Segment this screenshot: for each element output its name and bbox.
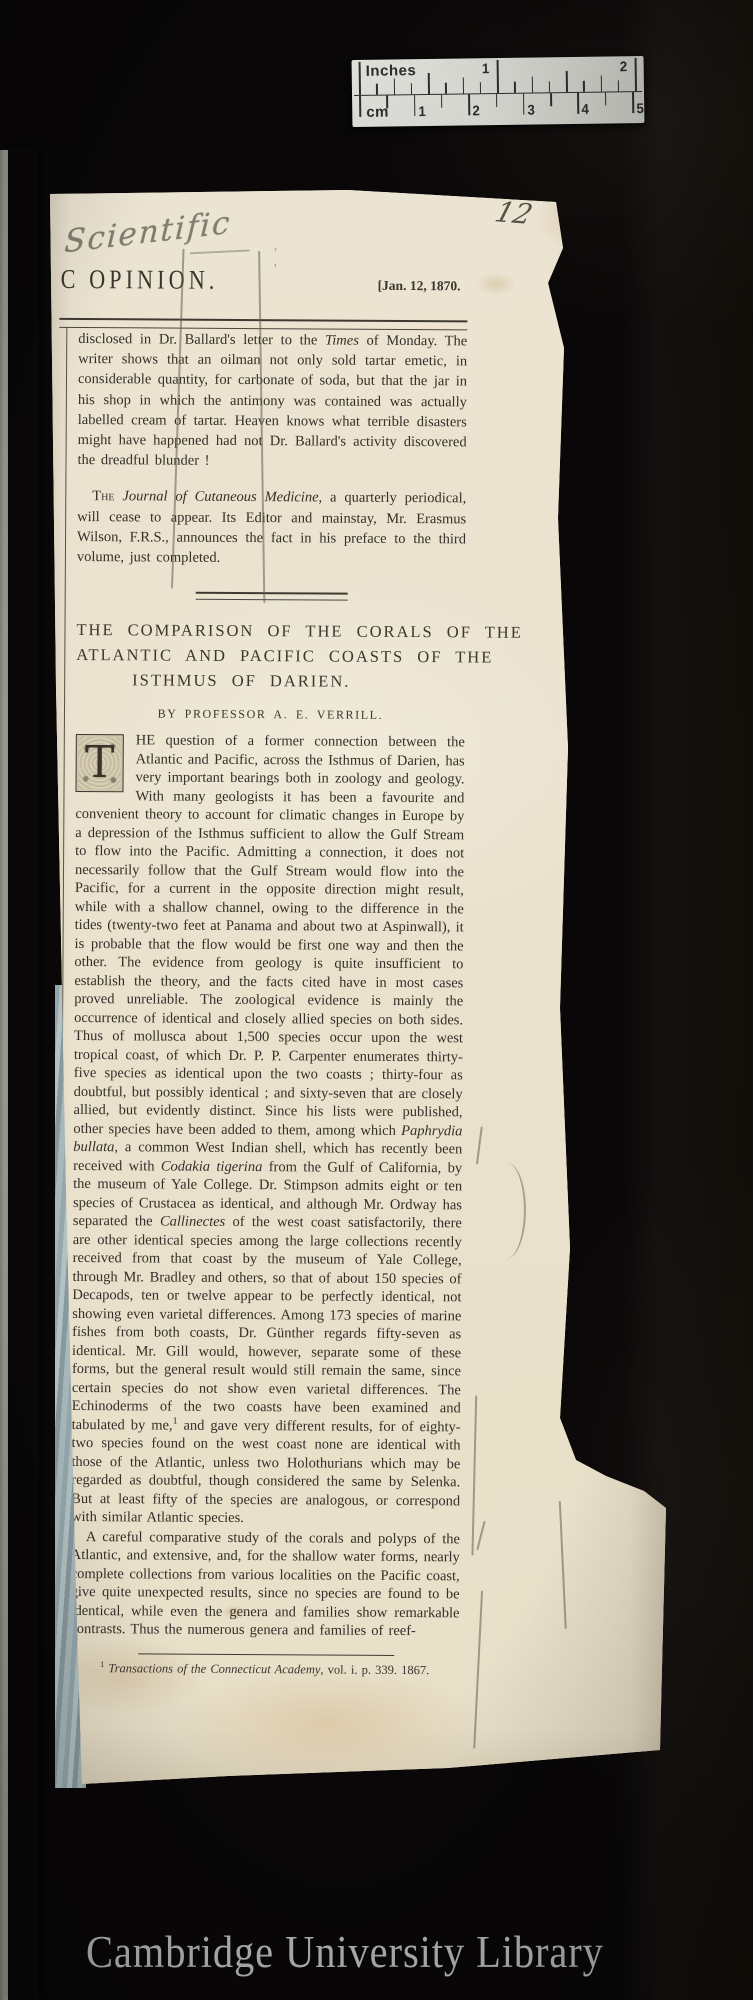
pencil-margin-mark <box>473 1591 483 1749</box>
article-title: THE COMPARISON OF THE CORALS OF THE ATLA… <box>76 617 465 694</box>
text-segment: , vol. i. p. 339. 1867. <box>320 1663 429 1678</box>
ruler-tick <box>497 60 499 93</box>
library-watermark: Cambridge University Library <box>86 1926 604 1978</box>
ruler-tick <box>514 82 516 93</box>
text-column: disclosed in Dr. Ballard's letter to the… <box>70 329 467 1679</box>
ruler-tick <box>376 84 378 95</box>
ruler-tick <box>428 73 430 94</box>
ruler-tick <box>600 76 602 92</box>
footnote: 1 Transactions of the Connecticut Academ… <box>70 1661 459 1678</box>
ruler-tick <box>583 81 585 92</box>
ruler-tick <box>462 77 464 93</box>
pencil-margin-mark <box>471 1395 477 1555</box>
ruler-tick <box>445 83 447 94</box>
text-segment: and gave very different results, for of … <box>71 1417 461 1526</box>
text-segment: Journal of Cutaneous Medicine <box>122 489 318 506</box>
footnote-rule <box>138 1653 394 1656</box>
ruler-tick <box>414 95 416 116</box>
text-segment: disclosed in Dr. Ballard's letter to the <box>78 331 325 349</box>
ruler-tick <box>523 94 525 115</box>
opinion-paragraph: The Journal of Cutaneous Medicine, a qua… <box>77 486 466 569</box>
scan-photo: Inches cm 1212345 Scientific , , 12 C OP… <box>0 0 753 2000</box>
opinion-paragraph: disclosed in Dr. Ballard's letter to the… <box>77 329 467 473</box>
article-paragraph: THE question of a former connection betw… <box>71 731 465 1529</box>
ruler-tick <box>496 94 498 107</box>
text-segment: HE question of a former connection betwe… <box>73 733 464 1139</box>
text-segment: Transactions of the Connecticut Academy <box>104 1662 320 1677</box>
pencil-margin-mark <box>476 1126 483 1164</box>
masthead-title-fragment: C OPINION. <box>61 264 219 296</box>
article-byline: BY PROFESSOR A. E. VERRILL. <box>76 706 465 723</box>
ruler-tick <box>386 96 388 109</box>
margin-bleedthrough-letters: ae3-) <box>48 188 670 192</box>
scanner-edge-white-strip <box>8 146 39 2000</box>
clipping-content: Scientific , , 12 C OPINION. [Jan. 12, 1… <box>38 188 670 1792</box>
ruler-ticks <box>352 56 644 60</box>
pencil-margin-mark <box>559 1501 567 1629</box>
ruler-number: 3 <box>527 101 535 117</box>
ruler-tick <box>359 96 361 117</box>
ruler: Inches cm 1212345 <box>352 56 645 127</box>
article-title-line: THE COMPARISON OF THE CORALS OF THE <box>76 617 465 644</box>
ruler-tick <box>550 93 552 106</box>
ruler-tick <box>411 83 413 94</box>
ruler-tick <box>618 80 620 91</box>
pencil-margin-curve <box>494 1163 527 1259</box>
section-divider-rule <box>195 592 347 601</box>
ruler-tick <box>566 71 568 92</box>
ruler-number: 2 <box>620 58 628 74</box>
ruler-tick <box>393 78 395 94</box>
text-segment: Times <box>325 333 359 349</box>
pencil-dot-marks: , , <box>274 237 300 245</box>
ruler-number: 2 <box>473 102 481 118</box>
text-segment: of the west coast satisfactorily, there … <box>72 1214 462 1433</box>
ruler-tick <box>635 58 637 91</box>
pencil-dash-mark <box>190 249 250 254</box>
ruler-number: 1 <box>418 103 426 119</box>
ruler-number: 1 <box>482 60 490 76</box>
text-segment: of Monday. The writer shows that an oilm… <box>77 333 467 469</box>
ruler-tick <box>549 81 551 92</box>
ruler-tick <box>632 92 634 113</box>
ruler-inches-label: Inches <box>366 62 417 80</box>
ruler-tick <box>577 93 579 114</box>
ruler-tick <box>359 62 361 95</box>
article-paragraph-text: HE question of a former connection betwe… <box>71 733 465 1527</box>
article-title-line: ATLANTIC AND PACIFIC COASTS OF THE <box>76 642 465 669</box>
pencil-margin-mark <box>476 1521 485 1551</box>
ruler-tick <box>605 92 607 105</box>
scanner-edge-gray-strip <box>0 150 8 2000</box>
text-segment: Codakia tigerina <box>161 1158 263 1175</box>
article-paragraph: A careful comparative study of the coral… <box>70 1528 460 1641</box>
ruler-tick <box>468 94 470 115</box>
handwritten-page-number: 12 <box>491 196 536 231</box>
newspaper-clipping: Scientific , , 12 C OPINION. [Jan. 12, 1… <box>48 188 670 1788</box>
text-segment: The <box>92 489 122 505</box>
ruler-tick <box>441 95 443 108</box>
text-segment: Callinectes <box>160 1214 225 1230</box>
ruler-number: 5 <box>636 100 644 116</box>
masthead-date: [Jan. 12, 1870. <box>378 278 461 295</box>
ruler-tick <box>480 82 482 93</box>
ruler-number: 4 <box>582 101 590 117</box>
drop-cap-letter: T <box>77 737 123 789</box>
ruler-tick <box>531 77 533 93</box>
drop-cap-ornament: T <box>75 734 123 792</box>
article-title-line: ISTHMUS OF DARIEN. <box>76 667 465 694</box>
